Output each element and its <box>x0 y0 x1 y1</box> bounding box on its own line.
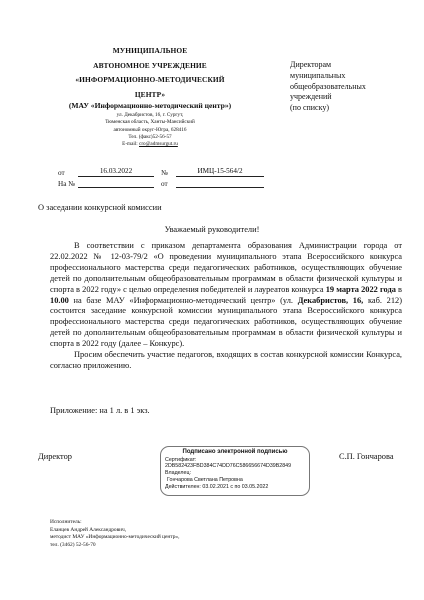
executor-block: Исполнитель: Еланцев Андрей Александрови… <box>50 519 179 549</box>
org-line: ЦЕНТР» <box>40 88 260 103</box>
text: на базе МАУ «Информационно-методический … <box>69 296 298 305</box>
subject: О заседании конкурсной комиссии <box>38 203 162 212</box>
meeting-date: 19 марта 2022 года <box>326 285 396 294</box>
meeting-address: Декабристов, 16, <box>298 296 364 305</box>
validity-period: Действителен: 03.02.2021 с по 03.05.2022 <box>165 484 305 491</box>
email-label: E-mail: <box>122 141 139 147</box>
reply-date <box>176 178 264 188</box>
owner-name: Гончарова Светлана Петровна <box>165 477 305 484</box>
organization-short-name: (МАУ «Информационно-методический центр») <box>40 101 260 110</box>
org-line: «ИНФОРМАЦИОННО-МЕТОДИЧЕСКИЙ <box>40 73 260 88</box>
letter-body: В соответствии с приказом департамента о… <box>50 241 402 372</box>
stamp-title: Подписано электронной подписью <box>165 449 305 456</box>
addressee-line: Директорам <box>290 60 366 71</box>
executor-label: Исполнитель: <box>50 519 179 527</box>
addressee-line: учреждений <box>290 92 366 103</box>
certificate-id: 2DB582423FBD384C74DD76C586656674D39B2849 <box>165 463 305 470</box>
owner-label: Владелец: <box>165 470 305 477</box>
organization-name: МУНИЦИПАЛЬНОЕ АВТОНОМНОЕ УЧРЕЖДЕНИЕ «ИНФ… <box>40 44 260 102</box>
reply-number-label: На № <box>58 180 75 188</box>
paragraph-1: В соответствии с приказом департамента о… <box>50 241 402 350</box>
date-label: от <box>58 169 65 177</box>
addressee-line: муниципальных <box>290 71 366 82</box>
email-link[interactable]: cro@admsurgut.ru <box>139 141 178 147</box>
addressee-block: Директорам муниципальных общеобразовател… <box>290 60 366 114</box>
organization-address: ул. Декабристов, 16, г. Сургут, Тюменска… <box>40 112 260 148</box>
email-line: E-mail: cro@admsurgut.ru <box>40 141 260 148</box>
executor-position: методист МАУ «Информационно-методический… <box>50 534 179 542</box>
certificate-label: Сертификат: <box>165 457 305 464</box>
org-line: МУНИЦИПАЛЬНОЕ <box>40 44 260 59</box>
number-label: № <box>161 169 168 177</box>
greeting: Уважаемый руководители! <box>0 225 424 234</box>
phone-line: Тел. (факс)52-56-57 <box>40 134 260 141</box>
document-number: ИМЦ-15-564/2 <box>176 167 264 177</box>
paragraph-2: Просим обеспечить участие педагогов, вхо… <box>50 350 402 372</box>
address-line: Тюменская область, Ханты-Мансийский <box>40 119 260 126</box>
text: в <box>396 285 402 294</box>
address-line: автономный округ-Югра, 628416 <box>40 127 260 134</box>
signer-position: Директор <box>38 452 72 461</box>
addressee-line: (по списку) <box>290 103 366 114</box>
addressee-line: общеобразовательных <box>290 82 366 93</box>
executor-phone: тел. (3462) 52-56-70 <box>50 542 179 550</box>
meeting-time: 10.00 <box>50 296 69 305</box>
signer-name: С.П. Гончарова <box>339 452 394 461</box>
document-date: 16.03.2022 <box>78 167 154 177</box>
reply-date-label: от <box>161 180 168 188</box>
appendix-note: Приложение: на 1 л. в 1 экз. <box>50 406 150 415</box>
electronic-signature-stamp: Подписано электронной подписью Сертифика… <box>160 446 310 496</box>
org-line: АВТОНОМНОЕ УЧРЕЖДЕНИЕ <box>40 59 260 74</box>
reply-number <box>78 178 154 188</box>
